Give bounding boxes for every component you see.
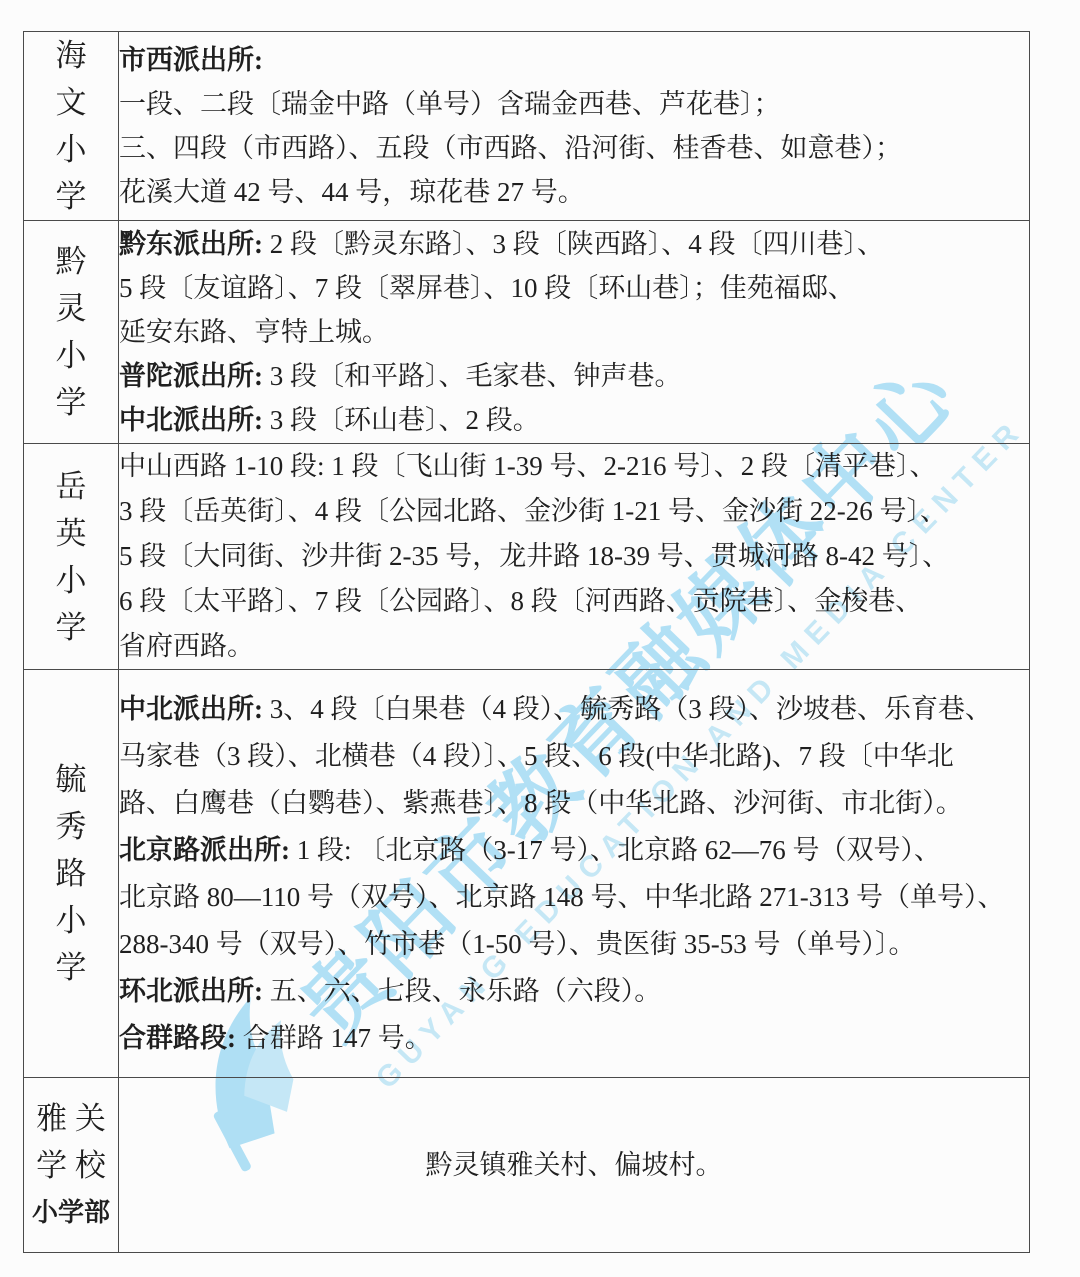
district-content-line: 黔东派出所: 2 段〔黔灵东路〕、3 段〔陕西路〕、4 段〔四川巷〕、 [119, 222, 1029, 266]
school-name-line: 学 [24, 379, 118, 426]
district-text: 5 段〔大同街、沙井街 2-35 号，龙井路 18-39 号、贯城河路 8-42… [119, 541, 949, 571]
district-content-cell: 市西派出所:一段、二段〔瑞金中路（单号）含瑞金西巷、芦花巷〕；三、四段（市西路）… [119, 32, 1030, 221]
district-text: 黔灵镇雅关村、偏坡村。 [426, 1150, 723, 1180]
district-content-line: 中北派出所: 3 段〔环山巷〕、2 段。 [119, 398, 1029, 442]
district-content-cell: 黔东派出所: 2 段〔黔灵东路〕、3 段〔陕西路〕、4 段〔四川巷〕、5 段〔友… [119, 221, 1030, 444]
school-name-cell: 黔灵小学 [24, 221, 119, 444]
district-text: 北京路 80—110 号（双号）、北京路 148 号、中华北路 271-313 … [119, 882, 1005, 912]
district-text: 五、六、七段、永乐路（六段）。 [263, 976, 661, 1006]
school-name-line: 毓 [24, 756, 118, 803]
district-text: 288-340 号（双号）、竹市巷（1-50 号）、贵医街 35-53 号（单号… [119, 929, 915, 959]
school-name-cell: 海文小学 [24, 32, 119, 221]
district-content-cell: 黔灵镇雅关村、偏坡村。 [119, 1078, 1030, 1253]
district-text: 三、四段（市西路）、五段（市西路、沿河街、桂香巷、如意巷）； [119, 133, 902, 163]
district-content-line: 北京路派出所: 1 段: 〔北京路（3-17 号）、北京路 62—76 号（双号… [119, 827, 1029, 874]
district-content-line: 中北派出所: 3、4 段〔白果巷（4 段）、毓秀路（3 段）、沙坡巷、乐育巷、 [119, 686, 1029, 733]
police-station-label: 市西派出所: [119, 45, 263, 75]
district-text: 延安东路、亨特上城。 [119, 317, 389, 347]
school-name-line: 雅 关 [24, 1095, 118, 1142]
district-text: 5 段〔友谊路〕、7 段〔翠屏巷〕、10 段〔环山巷〕；佳苑福邸、 [119, 273, 855, 303]
district-content-line: 3 段〔岳英街〕、4 段〔公园北路、金沙街 1-21 号、金沙街 22-26 号… [119, 489, 1029, 534]
school-name-cell: 雅 关学 校小学部 [24, 1078, 119, 1253]
police-station-label: 中北派出所: [119, 694, 263, 724]
table-row: 黔灵小学黔东派出所: 2 段〔黔灵东路〕、3 段〔陕西路〕、4 段〔四川巷〕、5… [24, 221, 1030, 444]
table-row: 岳英小学中山西路 1-10 段: 1 段〔飞山街 1-39 号、2-216 号〕… [24, 444, 1030, 670]
district-content-line: 中山西路 1-10 段: 1 段〔飞山街 1-39 号、2-216 号〕、2 段… [119, 444, 1029, 489]
school-name-line: 文 [24, 79, 118, 126]
district-content-line: 普陀派出所: 3 段〔和平路〕、毛家巷、钟声巷。 [119, 354, 1029, 398]
district-text: 1 段: 〔北京路（3-17 号）、北京路 62—76 号（双号）、 [290, 835, 941, 865]
school-name-line: 学 校 [24, 1142, 118, 1189]
district-content-line: 三、四段（市西路）、五段（市西路、沿河街、桂香巷、如意巷）； [119, 126, 1029, 170]
district-text: 6 段〔太平路〕、7 段〔公园路〕、8 段〔河西路、贡院巷〕、金梭巷、 [119, 586, 922, 616]
district-text: 2 段〔黔灵东路〕、3 段〔陕西路〕、4 段〔四川巷〕、 [263, 229, 884, 259]
district-text: 马家巷（3 段）、北横巷（4 段）〕、5 段、6 段(中华北路)、7 段〔中华北 [119, 741, 954, 771]
district-text: 路、白鹰巷（白鹦巷）、紫燕巷〕、8 段（中华北路、沙河街、市北街）。 [119, 788, 963, 818]
school-name-line: 秀 [24, 803, 118, 850]
district-content-line: 5 段〔大同街、沙井街 2-35 号，龙井路 18-39 号、贯城河路 8-42… [119, 534, 1029, 579]
district-content-line: 北京路 80—110 号（双号）、北京路 148 号、中华北路 271-313 … [119, 874, 1029, 921]
district-content-line: 黔灵镇雅关村、偏坡村。 [119, 1142, 1029, 1188]
school-name-line: 灵 [24, 285, 118, 332]
district-text: 花溪大道 42 号、44 号，琼花巷 27 号。 [119, 177, 585, 207]
district-text: 3 段〔和平路〕、毛家巷、钟声巷。 [263, 361, 682, 391]
district-text: 3 段〔岳英街〕、4 段〔公园北路、金沙街 1-21 号、金沙街 22-26 号… [119, 496, 947, 526]
table-row: 毓秀路小学中北派出所: 3、4 段〔白果巷（4 段）、毓秀路（3 段）、沙坡巷、… [24, 670, 1030, 1078]
police-station-label: 合群路段: [119, 1023, 236, 1053]
district-content-line: 合群路段: 合群路 147 号。 [119, 1015, 1029, 1062]
district-content-line: 市西派出所: [119, 38, 1029, 82]
school-name-line: 海 [24, 32, 118, 79]
district-content-line: 环北派出所: 五、六、七段、永乐路（六段）。 [119, 968, 1029, 1015]
school-name-cell: 毓秀路小学 [24, 670, 119, 1078]
table-row: 雅 关学 校小学部黔灵镇雅关村、偏坡村。 [24, 1078, 1030, 1253]
school-name-line: 小 [24, 332, 118, 379]
police-station-label: 黔东派出所: [119, 229, 263, 259]
district-content-line: 省府西路。 [119, 624, 1029, 669]
school-name-line: 学 [24, 604, 118, 651]
district-text: 一段、二段〔瑞金中路（单号）含瑞金西巷、芦花巷〕； [119, 89, 781, 119]
school-name-line: 小 [24, 897, 118, 944]
school-name-line: 学 [24, 944, 118, 991]
district-text: 3、4 段〔白果巷（4 段）、毓秀路（3 段）、沙坡巷、乐育巷、 [263, 694, 992, 724]
district-text: 3 段〔环山巷〕、2 段。 [263, 405, 540, 435]
district-content-line: 路、白鹰巷（白鹦巷）、紫燕巷〕、8 段（中华北路、沙河街、市北街）。 [119, 780, 1029, 827]
police-station-label: 环北派出所: [119, 976, 263, 1006]
police-station-label: 中北派出所: [119, 405, 263, 435]
police-station-label: 北京路派出所: [119, 835, 290, 865]
police-station-label: 普陀派出所: [119, 361, 263, 391]
district-content-cell: 中北派出所: 3、4 段〔白果巷（4 段）、毓秀路（3 段）、沙坡巷、乐育巷、马… [119, 670, 1030, 1078]
school-name-line: 黔 [24, 238, 118, 285]
table-row: 海文小学市西派出所:一段、二段〔瑞金中路（单号）含瑞金西巷、芦花巷〕；三、四段（… [24, 32, 1030, 221]
district-content-line: 5 段〔友谊路〕、7 段〔翠屏巷〕、10 段〔环山巷〕；佳苑福邸、 [119, 266, 1029, 310]
school-name-line: 学 [24, 173, 118, 220]
district-content-line: 一段、二段〔瑞金中路（单号）含瑞金西巷、芦花巷〕； [119, 82, 1029, 126]
school-name-cell: 岳英小学 [24, 444, 119, 670]
district-content-line: 马家巷（3 段）、北横巷（4 段）〕、5 段、6 段(中华北路)、7 段〔中华北 [119, 733, 1029, 780]
school-district-table: 海文小学市西派出所:一段、二段〔瑞金中路（单号）含瑞金西巷、芦花巷〕；三、四段（… [23, 31, 1030, 1253]
school-name-line: 英 [24, 510, 118, 557]
district-text: 省府西路。 [119, 631, 254, 661]
district-content-line: 288-340 号（双号）、竹市巷（1-50 号）、贵医街 35-53 号（单号… [119, 921, 1029, 968]
school-name-line: 小 [24, 126, 118, 173]
school-name-line: 岳 [24, 463, 118, 510]
district-text: 合群路 147 号。 [236, 1023, 432, 1053]
district-content-line: 延安东路、亨特上城。 [119, 310, 1029, 354]
district-content-cell: 中山西路 1-10 段: 1 段〔飞山街 1-39 号、2-216 号〕、2 段… [119, 444, 1030, 670]
school-name-line: 路 [24, 850, 118, 897]
district-content-line: 花溪大道 42 号、44 号，琼花巷 27 号。 [119, 170, 1029, 214]
district-text: 中山西路 1-10 段: 1 段〔飞山街 1-39 号、2-216 号〕、2 段… [119, 451, 936, 481]
school-name-line: 小学部 [24, 1189, 118, 1236]
district-content-line: 6 段〔太平路〕、7 段〔公园路〕、8 段〔河西路、贡院巷〕、金梭巷、 [119, 579, 1029, 624]
table-body: 海文小学市西派出所:一段、二段〔瑞金中路（单号）含瑞金西巷、芦花巷〕；三、四段（… [24, 32, 1030, 1253]
page: { "watermark": { "logo_icon": "media-cen… [0, 0, 1080, 1277]
school-name-line: 小 [24, 557, 118, 604]
